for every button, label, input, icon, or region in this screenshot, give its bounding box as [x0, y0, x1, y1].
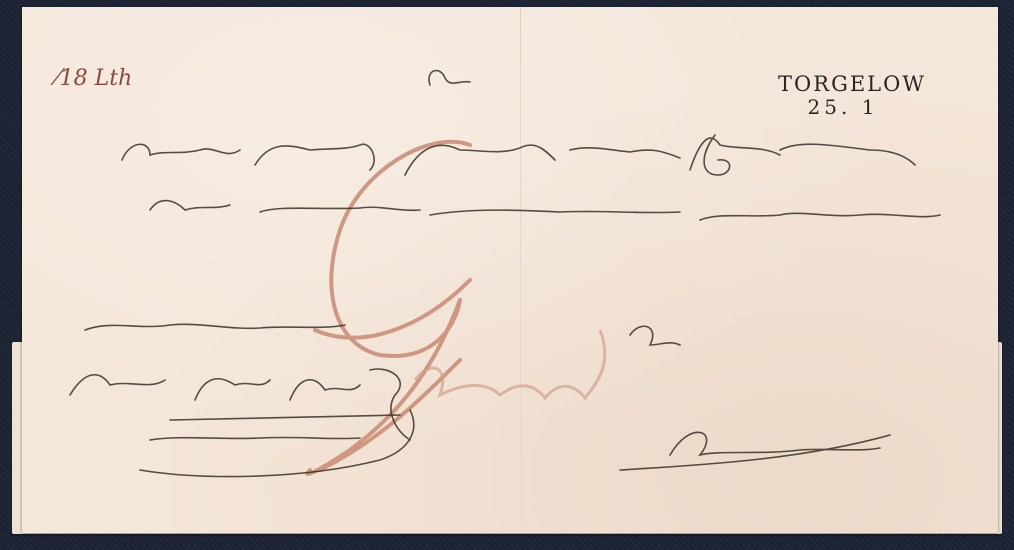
- red-crayon-g-mark: [307, 142, 470, 474]
- postmark-stamp: TORGELOW 25. 1: [752, 72, 952, 118]
- red-ink-annotation: ⁄18 Lth: [56, 66, 132, 91]
- ink-handwriting: [70, 71, 940, 477]
- postmark-date: 25. 1: [734, 96, 952, 118]
- postmark-town: TORGELOW: [752, 72, 952, 96]
